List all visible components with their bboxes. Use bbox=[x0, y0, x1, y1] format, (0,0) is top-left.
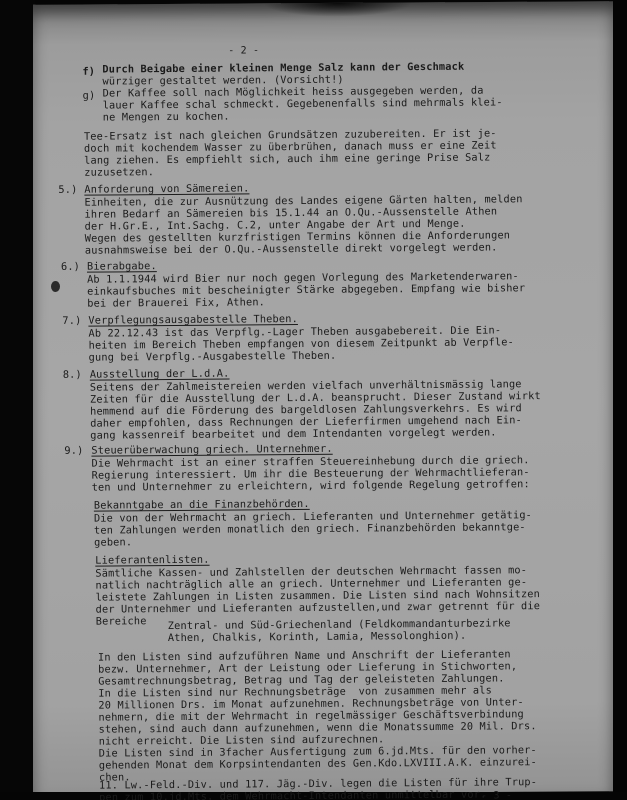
section-number-8: 8.) bbox=[63, 369, 82, 381]
section-7-line: gung bei Verpflg.-Ausgabestelle Theben. bbox=[89, 350, 337, 364]
typewritten-text: - 2 - f) Durch Beigabe einer kleinen Men… bbox=[0, 0, 627, 800]
section-heading-5: Anforderung von Sämereien. bbox=[84, 182, 249, 195]
tea-line: lang ziehen. Es empfiehlt sich, auch ihm… bbox=[84, 151, 490, 166]
section-heading-8: Ausstellung der L.d.A. bbox=[90, 368, 230, 381]
section-number-6: 6.) bbox=[61, 261, 80, 273]
subsection-line: der Unternehmer und Lieferanten aufzuste… bbox=[96, 600, 541, 616]
section-6-line: einkaufsbuches mit bescheinigter Stärke … bbox=[87, 282, 525, 298]
tea-line: zuzusetzen. bbox=[84, 166, 154, 179]
subsection-line: ten Zahlungen werden monatlich den griec… bbox=[94, 521, 526, 537]
section-6-line: bei der Brauerei Fix, Athen. bbox=[87, 296, 265, 310]
section-8-line: gang kassenreif bearbeitet und dem Inten… bbox=[90, 426, 496, 441]
section-number-9: 9.) bbox=[64, 445, 83, 457]
page-number-top: - 2 - bbox=[228, 45, 259, 57]
item-g-line: lauer Kaffee schal schmeckt. Gegebenenfa… bbox=[103, 96, 503, 111]
item-marker-g: g) bbox=[83, 90, 96, 102]
subsection-line: gehenden Monat dem Korpsintendanten des … bbox=[99, 756, 537, 772]
item-marker-f: f) bbox=[82, 66, 95, 78]
subsection-line: Bereiche bbox=[96, 615, 147, 628]
subsection-line: geben. bbox=[94, 536, 132, 549]
indented-region-line: Athen, Chalkis, Korinth, Lamia, Messolon… bbox=[168, 630, 467, 645]
section-heading-7: Verpflegungsausgabestelle Theben. bbox=[88, 313, 298, 327]
item-g-line: ne Mengen zu kochen. bbox=[103, 111, 230, 124]
subsection-heading-finanzbehoerden: Bekanntgabe an die Finanzbehörden. bbox=[94, 498, 310, 512]
section-number-5: 5.) bbox=[58, 184, 77, 196]
section-heading-9: Steuerüberwachung griech. Unternehmer. bbox=[91, 443, 332, 457]
section-number-7: 7.) bbox=[62, 315, 81, 327]
section-9-line: ten und Unternehmer zu erleichtern, wird… bbox=[92, 478, 530, 494]
page-number-bottom: - 3 - bbox=[481, 790, 512, 800]
subsection-line: pen zum 10.jd.Mts. dem Wehrmacht-Intenda… bbox=[99, 789, 486, 800]
subsection-heading-lieferantenlisten: Lieferantenlisten. bbox=[95, 554, 209, 567]
section-heading-6: Bierabgabe. bbox=[87, 260, 157, 273]
section-5-line: ausnahmsweise bei der O.Qu.-Aussenstelle… bbox=[85, 241, 498, 256]
